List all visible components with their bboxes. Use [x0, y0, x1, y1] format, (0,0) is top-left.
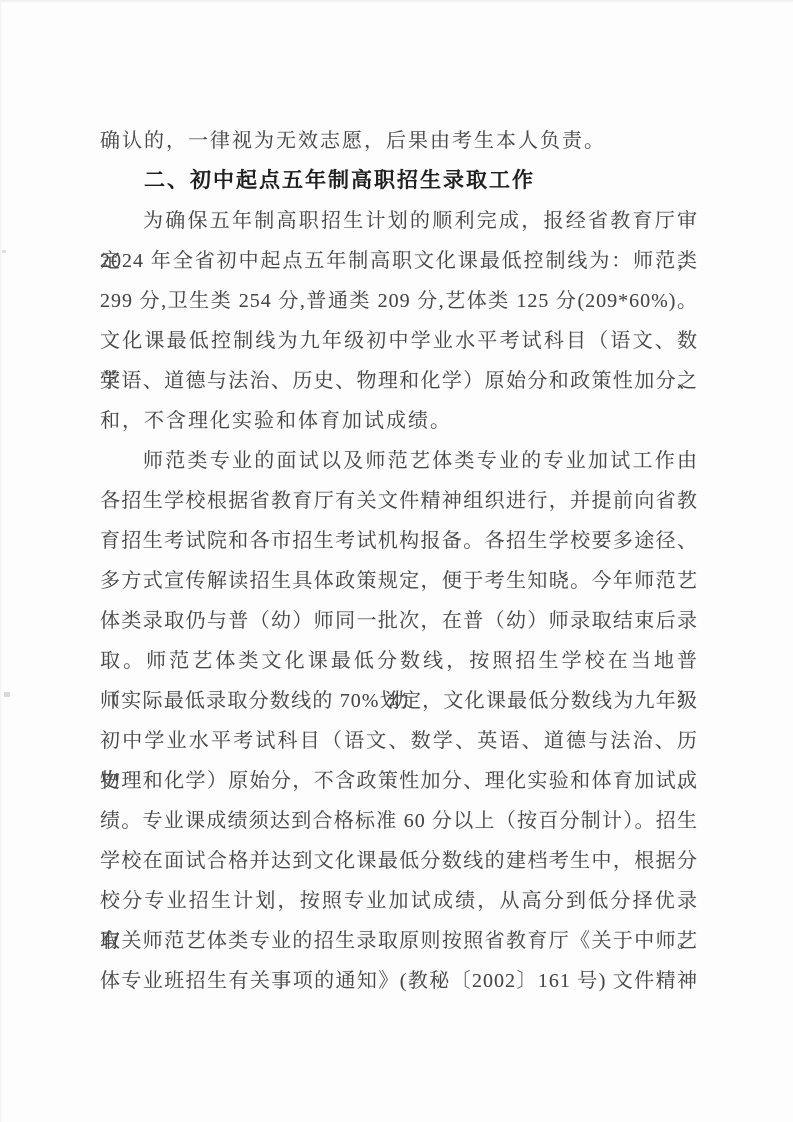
text-line: 体类录取仍与普（幼）师同一批次，在普（幼）师录取结束后录	[100, 601, 698, 641]
text-line: 校分专业招生计划，按照专业加试成绩，从高分到低分择优录取。	[100, 881, 698, 921]
text-line: 学校在面试合格并达到文化课最低分数线的建档考生中，根据分	[100, 841, 698, 881]
text-line: 有关师范艺体类专业的招生录取原则按照省教育厅《关于中师艺	[100, 921, 698, 961]
text-line: 和，不含理化实验和体育加试成绩。	[100, 401, 698, 441]
text-line: 为确保五年制高职招生计划的顺利完成，报经省教育厅审定，	[100, 201, 698, 241]
text-line: 师范类专业的面试以及师范艺体类专业的专业加试工作由	[100, 441, 698, 481]
text-line: 初中学业水平考试科目（语文、数学、英语、道德与法治、历史、	[100, 721, 698, 761]
scan-edge-left-artifact	[0, 0, 2, 1122]
text-line: 物理和化学）原始分，不含政策性加分、理化实验和体育加试成	[100, 761, 698, 801]
text-line: 2024 年全省初中起点五年制高职文化课最低控制线为：师范类	[100, 241, 698, 281]
text-line: 299 分,卫生类 254 分,普通类 209 分,艺体类 125 分(209*…	[100, 281, 698, 321]
document-page: 确认的，一律视为无效志愿，后果由考生本人负责。二、初中起点五年制高职招生录取工作…	[0, 0, 793, 1122]
section-heading: 二、初中起点五年制高职招生录取工作	[100, 161, 698, 201]
scan-speck-artifact	[4, 692, 10, 697]
scan-speck-artifact	[2, 250, 6, 253]
text-line: 体专业班招生有关事项的通知》(教秘〔2002〕161 号) 文件精神	[100, 961, 698, 1001]
text-line: 师实际最低录取分数线的 70%划定，文化课最低分数线为九年级	[100, 681, 698, 721]
document-text: 确认的，一律视为无效志愿，后果由考生本人负责。二、初中起点五年制高职招生录取工作…	[100, 121, 698, 1001]
text-line: 文化课最低控制线为九年级初中学业水平考试科目（语文、数学、	[100, 321, 698, 361]
scan-edge-top-artifact	[0, 0, 793, 3]
text-line: 多方式宣传解读招生具体政策规定，便于考生知晓。今年师范艺	[100, 561, 698, 601]
text-line: 绩。专业课成绩须达到合格标准 60 分以上（按百分制计）。招生	[100, 801, 698, 841]
text-line: 取。师范艺体类文化课最低分数线，按照招生学校在当地普（幼）	[100, 641, 698, 681]
text-line: 各招生学校根据省教育厅有关文件精神组织进行，并提前向省教	[100, 481, 698, 521]
text-line: 育招生考试院和各市招生考试机构报备。各招生学校要多途径、	[100, 521, 698, 561]
text-line: 确认的，一律视为无效志愿，后果由考生本人负责。	[100, 121, 698, 161]
text-line: 英语、道德与法治、历史、物理和化学）原始分和政策性加分之	[100, 361, 698, 401]
